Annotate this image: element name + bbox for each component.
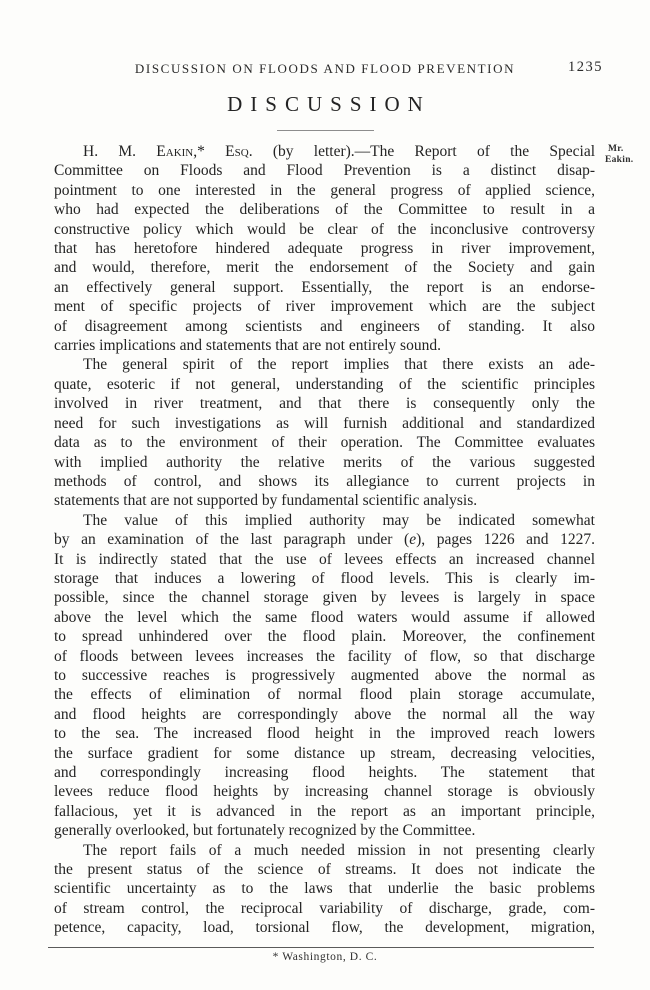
body-text: H. M. Eakin,* Esq. (by letter).—The Repo…: [54, 142, 595, 938]
text-line: The value of this implied authority may …: [54, 511, 595, 530]
paragraph: The general spirit of the report implies…: [54, 355, 595, 510]
footnote-rule: [48, 947, 594, 948]
text-line: carries implications and statements that…: [54, 336, 595, 355]
text-line: storage that induces a lowering of flood…: [54, 569, 595, 588]
text-line: and flood heights are correspondingly ab…: [54, 705, 595, 724]
text-line: to spread unhindered over the flood plai…: [54, 627, 595, 646]
text-line: to the sea. The increased flood height i…: [54, 724, 595, 743]
paragraph: H. M. Eakin,* Esq. (by letter).—The Repo…: [54, 142, 595, 355]
section-heading: DISCUSSION: [0, 92, 650, 117]
text-segment: ,*: [193, 143, 225, 160]
text-line: the surface gradient for some distance u…: [54, 744, 595, 763]
scanned-book-page: DISCUSSION ON FLOODS AND FLOOD PREVENTIO…: [0, 0, 650, 990]
text-line: generally overlooked, but fortunately re…: [54, 821, 595, 840]
text-line: It is indirectly stated that the use of …: [54, 550, 595, 569]
text-line: Committee on Floods and Flood Prevention…: [54, 161, 595, 180]
text-line: scientific uncertainty as to the laws th…: [54, 879, 595, 898]
text-line: of floods between levees increases the f…: [54, 647, 595, 666]
text-line: levees reduce flood heights by increasin…: [54, 782, 595, 801]
text-line: and correspondingly increasing flood hei…: [54, 763, 595, 782]
margin-note: Mr. Eakin.: [605, 144, 647, 165]
text-line: The report fails of a much needed missio…: [54, 841, 595, 860]
text-line: ment of specific projects of river impro…: [54, 297, 595, 316]
text-line: to successive reaches is progressively a…: [54, 666, 595, 685]
margin-note-name: Eakin.: [605, 155, 647, 166]
text-segment: H. M.: [83, 143, 156, 160]
text-segment: by an examination of the last paragraph …: [54, 531, 409, 548]
page-number: 1235: [568, 59, 608, 76]
running-head: DISCUSSION ON FLOODS AND FLOOD PREVENTIO…: [55, 61, 595, 77]
text-line: fallacious, yet it is advanced in the re…: [54, 802, 595, 821]
text-segment: . (by letter).—The Report of the Special: [249, 143, 595, 160]
text-line: an effectively general support. Essentia…: [54, 278, 595, 297]
text-line: quate, esoteric if not general, understa…: [54, 375, 595, 394]
text-line: possible, since the channel storage give…: [54, 588, 595, 607]
text-line: the effects of elimination of normal flo…: [54, 685, 595, 704]
text-line: of stream control, the reciprocal variab…: [54, 899, 595, 918]
text-line: H. M. Eakin,* Esq. (by letter).—The Repo…: [54, 142, 595, 161]
text-line: involved in river treatment, and that th…: [54, 394, 595, 413]
text-line: above the level which the same flood wat…: [54, 608, 595, 627]
paragraph: The report fails of a much needed missio…: [54, 841, 595, 938]
text-line: that has heretofore hindered adequate pr…: [54, 239, 595, 258]
text-segment: ), pages 1226 and 1227.: [416, 531, 595, 548]
text-line: constructive policy which would be clear…: [54, 220, 595, 239]
text-line: The general spirit of the report implies…: [54, 355, 595, 374]
text-line: with implied authority the relative meri…: [54, 453, 595, 472]
text-line: petence, capacity, load, torsional flow,…: [54, 918, 595, 937]
small-caps-name: Eakin: [156, 143, 193, 160]
small-caps-name: Esq: [225, 143, 249, 160]
text-line: by an examination of the last paragraph …: [54, 530, 595, 549]
text-line: methods of control, and shows its allegi…: [54, 472, 595, 491]
text-line: and would, therefore, merit the endorsem…: [54, 258, 595, 277]
heading-rule: [277, 130, 374, 131]
text-line: the present status of the science of str…: [54, 860, 595, 879]
text-line: need for such investigations as will fur…: [54, 414, 595, 433]
footnote-text: * Washington, D. C.: [55, 951, 595, 963]
text-line: statements that are not supported by fun…: [54, 491, 595, 510]
paragraph: The value of this implied authority may …: [54, 511, 595, 841]
text-line: data as to the environment of their oper…: [54, 433, 595, 452]
text-line: of disagreement among scientists and eng…: [54, 317, 595, 336]
text-line: pointment to one interested in the gener…: [54, 181, 595, 200]
text-line: who had expected the deliberations of th…: [54, 200, 595, 219]
margin-note-title: Mr.: [605, 144, 647, 155]
